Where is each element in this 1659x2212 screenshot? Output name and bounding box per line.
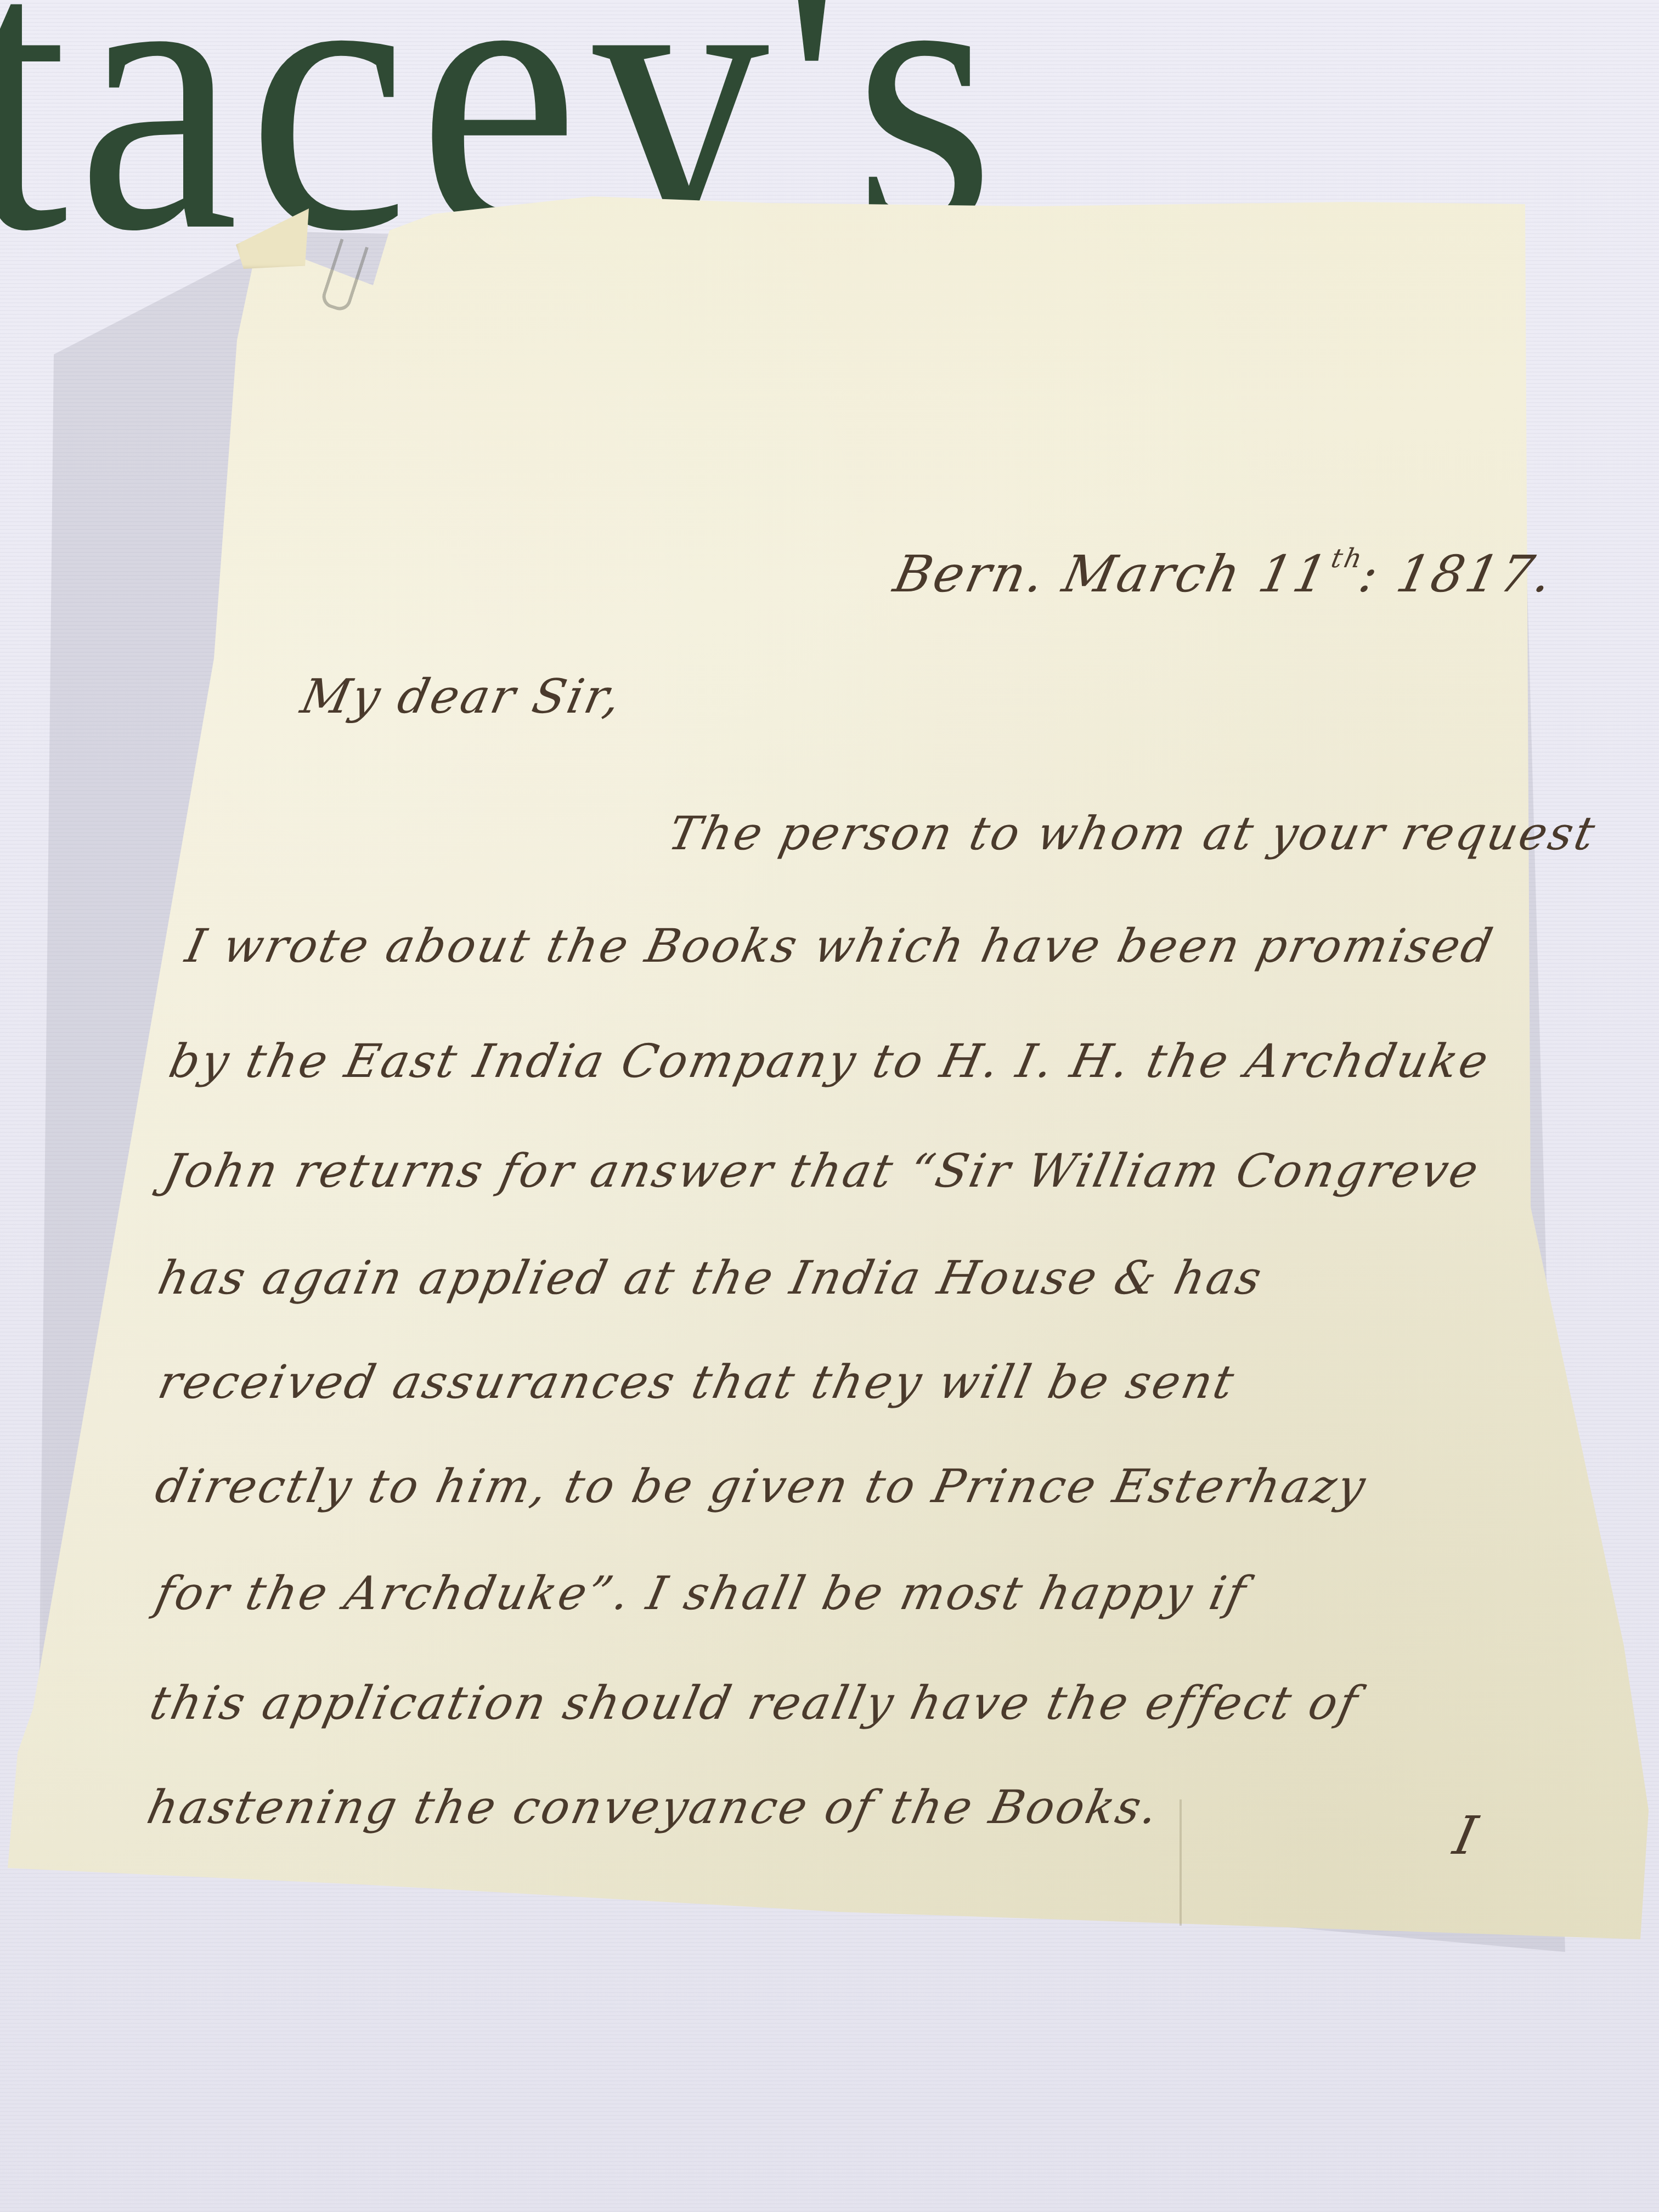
dateline-day: 11: [1254, 545, 1335, 603]
body-line: has again applied at the India House & h…: [154, 1251, 1268, 1305]
dateline-place: Bern.: [889, 545, 1052, 603]
letter-text: Bern. March 11th: 1817. My dear Sir, The…: [0, 0, 1659, 2212]
body-line: for the Archduke”. I shall be most happy…: [151, 1566, 1252, 1620]
body-line: received assurances that they will be se…: [154, 1355, 1240, 1409]
body-line: this application should really have the …: [145, 1676, 1364, 1730]
dateline-month: March: [1058, 545, 1248, 603]
body-line: directly to him, to be given to Prince E…: [151, 1459, 1372, 1513]
body-line: The person to whom at your request: [664, 806, 1601, 860]
body-line: John returns for answer that “Sir Willia…: [159, 1144, 1485, 1198]
body-line: I wrote about the Books which have been …: [181, 919, 1499, 973]
dateline: Bern. March 11th: 1817.: [889, 543, 1560, 603]
body-line: hastening the conveyance of the Books.: [143, 1780, 1165, 1834]
salutation: My dear Sir,: [296, 669, 628, 724]
dateline-year: : 1817.: [1354, 545, 1559, 603]
catchword: I: [1448, 1805, 1485, 1866]
body-line: by the East India Company to H. I. H. th…: [165, 1034, 1495, 1088]
